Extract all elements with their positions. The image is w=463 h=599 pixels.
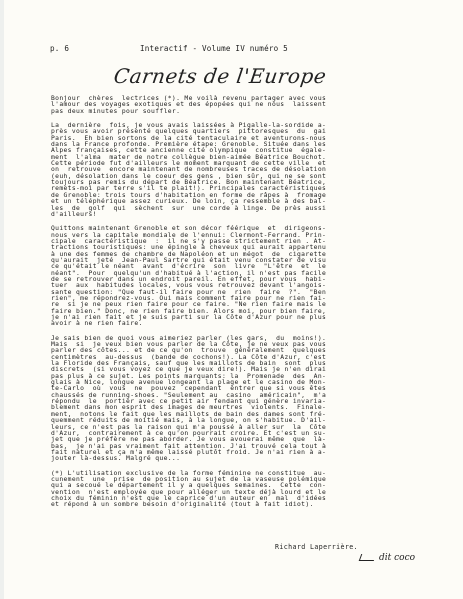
- footnote: (*) L'utilisation exclusive de la forme …: [51, 471, 393, 509]
- handwritten-note: dit coco: [360, 553, 415, 563]
- text-line: et répond à un sombre besoin d'originali…: [51, 502, 393, 508]
- page-number: p. 6: [50, 44, 69, 53]
- paragraph: Quittons maintenant Grenoble et son déco…: [51, 226, 393, 328]
- text-line: jouter là-dessus. Malgré que...: [51, 456, 393, 462]
- publication-title: Interactif - Volume IV numéro 5: [140, 44, 288, 53]
- text-line: pas deux minutes pour souffler.: [51, 109, 393, 115]
- text-line: d'ailleurs!: [51, 212, 393, 218]
- handwritten-arrow-icon: [359, 554, 377, 561]
- paragraph: Bonjour chères lectrices (*). Me voilà r…: [51, 96, 393, 115]
- author-signature: Richard Laperrière.: [275, 543, 358, 551]
- page-edge: [0, 0, 4, 599]
- article-body: Bonjour chères lectrices (*). Me voilà r…: [51, 96, 393, 517]
- handwritten-note-text: dit coco: [379, 553, 415, 563]
- text-line: avoir à ne rien faire.: [51, 321, 393, 327]
- article-title: Carnets de l'Europe: [112, 64, 328, 88]
- paragraph: La dernière fois, je vous avais laissées…: [51, 123, 393, 218]
- page-header: p. 6 Interactif - Volume IV numéro 5: [50, 44, 410, 56]
- paragraph: Je sais bien de quoi vous aimeriez parle…: [51, 336, 393, 463]
